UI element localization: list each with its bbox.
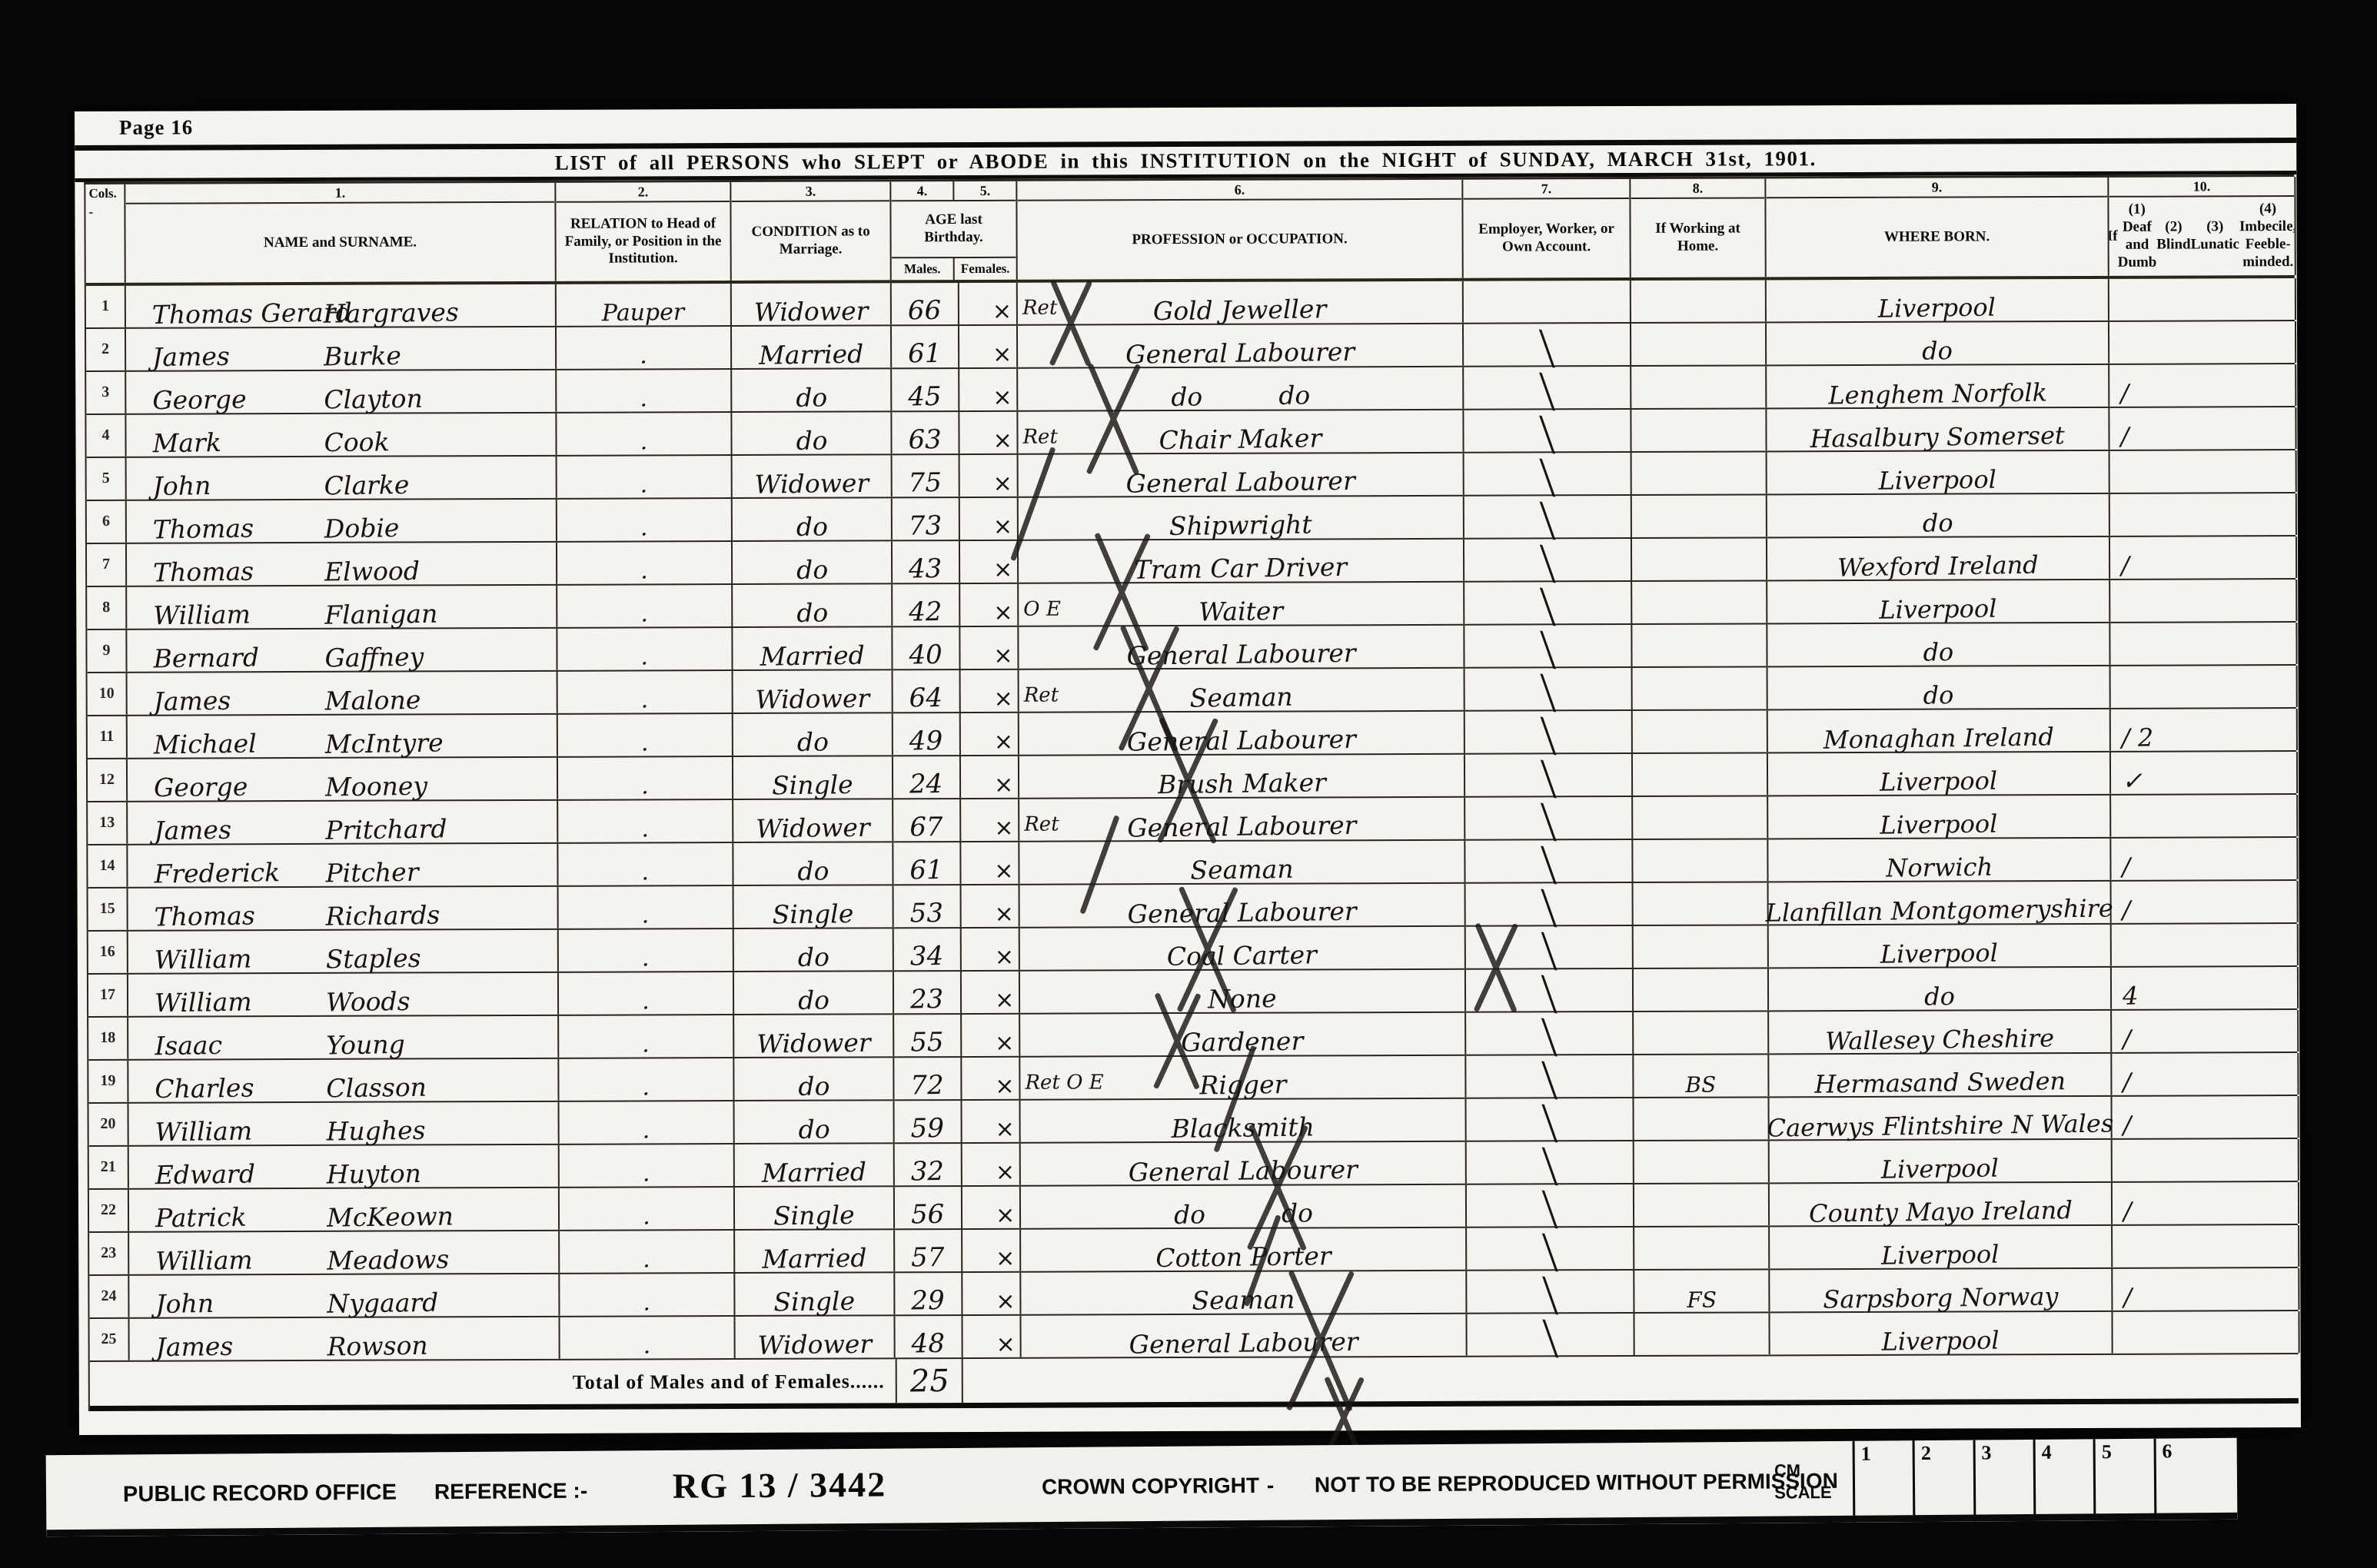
age-males-cell: 59 — [895, 1101, 962, 1142]
employer-cell: ╲ — [1464, 539, 1632, 581]
header-age-males: Males. — [892, 258, 955, 280]
row-number: 18 — [88, 1018, 128, 1059]
age-females-cell: × — [962, 972, 1020, 1013]
age-males-cell: 43 — [893, 541, 960, 583]
cols-label-cell: Cols. - — [85, 184, 125, 283]
working-at-home-cell — [1634, 1141, 1770, 1183]
age-males-cell: 61 — [892, 326, 959, 367]
occupation-cell: Ret Chair Maker — [1018, 410, 1464, 453]
occupation-cell: Seaman — [1021, 1271, 1467, 1314]
row-number: 1 — [86, 286, 126, 327]
where-born-cell: Liverpool — [1767, 451, 2110, 494]
header-working-at-home: 8. If Working at Home. — [1631, 178, 1766, 277]
age-females-cell: × — [962, 1273, 1021, 1314]
working-at-home-cell — [1631, 323, 1767, 365]
employer-cell: ╲ — [1466, 1012, 1634, 1055]
condition-cell: do — [734, 929, 894, 971]
working-at-home-cell — [1631, 280, 1767, 322]
working-at-home-cell — [1634, 968, 1769, 1011]
name-cell: George Mooney — [128, 758, 558, 801]
age-females-cell: × — [960, 584, 1019, 626]
occupation-cell: Gardener — [1020, 1013, 1466, 1056]
condition-cell: do — [734, 1058, 894, 1100]
copyright-label: CROWN COPYRIGHT — [1042, 1473, 1259, 1500]
relation-cell: . — [557, 370, 732, 412]
condition-cell: Married — [732, 326, 892, 368]
condition-cell: Single — [735, 1187, 895, 1229]
where-born-cell: Liverpool — [1770, 1312, 2113, 1355]
infirmity-cell — [2113, 1139, 2299, 1181]
infirmity-cell: / — [2112, 1053, 2299, 1095]
where-born-cell: Sarpsborg Norway — [1770, 1269, 2113, 1312]
table-row: 22 Patrick McKeown . Single 56 × do do ╲… — [89, 1182, 2298, 1233]
condition-cell: Widower — [735, 1316, 895, 1358]
employer-cell: ╲ — [1467, 1271, 1634, 1313]
occupation-cell: do do — [1018, 367, 1464, 410]
age-males-cell: 42 — [893, 584, 960, 626]
infirmity-cell — [2111, 666, 2298, 708]
table-row: 25 James Rowson . Widower 48 × General L… — [89, 1311, 2298, 1362]
infirmity-cell — [2111, 795, 2298, 837]
reference-value: RG 13 / 3442 — [673, 1464, 887, 1507]
employer-cell: ╲ — [1465, 840, 1633, 882]
where-born-cell: Wexford Ireland — [1767, 537, 2110, 580]
where-born-cell: Liverpool — [1770, 1140, 2113, 1183]
working-at-home-cell — [1632, 452, 1767, 494]
table-body: 1 Thomas Gerard Hargraves Pauper Widower… — [86, 278, 2299, 1362]
condition-cell: Single — [733, 756, 893, 799]
age-females-cell: × — [959, 412, 1018, 453]
relation-cell: . — [560, 1274, 735, 1316]
reproduction-notice: NOT TO BE REPRODUCED WITHOUT PERMISSION — [1315, 1469, 1838, 1497]
where-born-cell: Liverpool — [1768, 796, 2111, 839]
header-profession: 6. PROFESSION or OCCUPATION. — [1017, 180, 1463, 280]
where-born-cell: Liverpool — [1770, 1226, 2113, 1269]
infirmity-cell: / — [2113, 1182, 2299, 1224]
where-born-cell: Liverpool — [1767, 279, 2109, 322]
age-females-cell: × — [962, 1144, 1021, 1185]
age-males-cell: 63 — [892, 412, 959, 453]
row-number: 4 — [86, 415, 126, 457]
table-row: 5 John Clarke . Widower 75 × General Lab… — [87, 450, 2296, 501]
cm-scale-ruler: 123456 — [1853, 1438, 2215, 1523]
header-age: 4. 5. AGE last Birthday. Males. Females. — [891, 181, 1017, 281]
header-employer: 7. Employer, Worker, or Own Account. — [1463, 179, 1631, 278]
working-at-home-cell — [1634, 882, 1769, 925]
age-females-cell: × — [960, 455, 1019, 497]
name-cell: Thomas Gerard Hargraves — [126, 284, 557, 327]
header-where-born: 9. WHERE BORN. — [1766, 178, 2109, 277]
age-males-cell: 61 — [893, 842, 961, 884]
infirmity-cell — [2109, 278, 2296, 321]
relation-cell: . — [557, 327, 732, 369]
employer-cell: ╲ — [1467, 1314, 1634, 1356]
total-value-cell: 25 — [896, 1359, 963, 1403]
cm-scale-label: CM SCALE — [1774, 1460, 1832, 1504]
row-number: 21 — [89, 1147, 129, 1188]
total-row: Total of Males and of Females...... 25 — [90, 1354, 2299, 1411]
row-number: 20 — [89, 1104, 129, 1145]
age-females-cell: × — [962, 1316, 1021, 1357]
where-born-cell: do — [1768, 666, 2111, 709]
table-row: 1 Thomas Gerard Hargraves Pauper Widower… — [86, 278, 2295, 329]
occupation-cell: None — [1020, 970, 1466, 1013]
occupation-cell: General Labourer — [1019, 712, 1465, 755]
relation-cell: . — [559, 886, 734, 929]
scanned-census-page: Page 16 LIST of all PERSONS who SLEPT or… — [0, 0, 2377, 1568]
condition-cell: do — [733, 541, 893, 583]
row-number: 10 — [88, 673, 128, 715]
table-row: 19 Charles Classon . do 72 × Ret O E Rig… — [88, 1053, 2297, 1104]
relation-cell: . — [557, 542, 733, 584]
condition-cell: do — [732, 369, 892, 411]
infirmity-cell: / — [2112, 1010, 2299, 1052]
age-males-cell: 72 — [894, 1058, 962, 1099]
where-born-cell: Hermasand Sweden — [1769, 1054, 2112, 1097]
age-males-cell: 45 — [892, 369, 959, 410]
where-born-cell: Caerwys Flintshire N Wales — [1769, 1097, 2112, 1140]
table-row: 15 Thomas Richards . Single 53 × General… — [88, 881, 2297, 932]
row-number: 12 — [88, 759, 128, 801]
name-cell: James Rowson — [129, 1317, 560, 1360]
age-females-cell: × — [962, 1101, 1021, 1142]
working-at-home-cell — [1632, 581, 1767, 623]
occupation-cell: Tram Car Driver — [1019, 540, 1464, 583]
occupation-cell: Cotton Porter — [1021, 1228, 1467, 1271]
age-males-cell: 75 — [893, 455, 960, 497]
relation-cell: . — [559, 929, 734, 972]
name-cell: Thomas Elwood — [127, 543, 557, 586]
working-at-home-cell — [1634, 925, 1769, 968]
condition-cell: Single — [734, 885, 894, 928]
occupation-cell: Ret Gold Jeweller — [1018, 281, 1464, 324]
total-value: 25 — [909, 1365, 949, 1397]
name-cell: Michael McIntyre — [128, 715, 558, 758]
relation-cell: . — [559, 1058, 734, 1101]
occupation-cell: Seaman — [1019, 841, 1465, 884]
relation-cell: . — [558, 800, 733, 842]
condition-cell: Married — [733, 627, 893, 669]
condition-cell: Widower — [734, 1015, 894, 1057]
table-row: 6 Thomas Dobie . do 73 × Shipwright ╲ do — [87, 493, 2296, 544]
infirmity-cell: 4 — [2112, 967, 2299, 1009]
row-number: 6 — [87, 501, 127, 543]
employer-cell: ╲ — [1464, 410, 1631, 452]
employer-cell: ╲ — [1466, 1098, 1634, 1141]
infirmity-cell — [2110, 450, 2297, 493]
relation-cell: . — [560, 1144, 735, 1187]
row-number: 17 — [88, 975, 128, 1016]
infirmity-cell — [2110, 580, 2297, 622]
age-males-cell: 56 — [895, 1187, 962, 1228]
row-number: 15 — [88, 889, 128, 930]
relation-cell: . — [557, 628, 733, 670]
condition-cell: do — [733, 842, 893, 885]
row-number: 2 — [86, 329, 126, 370]
table-row: 24 John Nygaard . Single 29 × Seaman ╲ F… — [89, 1268, 2298, 1319]
name-cell: Thomas Dobie — [127, 500, 557, 543]
working-at-home-cell — [1632, 538, 1767, 580]
name-cell: William Woods — [128, 973, 559, 1016]
age-females-cell: × — [959, 283, 1018, 324]
name-cell: William Flanigan — [127, 586, 557, 629]
occupation-cell: General Labourer — [1019, 453, 1464, 497]
employer-cell: ╲ — [1464, 582, 1632, 624]
relation-cell: Pauper — [557, 284, 732, 326]
age-females-cell: × — [961, 713, 1019, 755]
infirmity-cell — [2110, 623, 2297, 665]
employer-cell: ╲ — [1464, 324, 1631, 366]
employer-cell: ╲ — [1465, 668, 1633, 710]
employer-cell — [1464, 281, 1631, 323]
occupation-cell: General Labourer — [1018, 324, 1464, 367]
employer-cell: ╲ — [1466, 969, 1634, 1012]
name-cell: John Clarke — [127, 457, 557, 500]
where-born-cell: Norwich — [1768, 839, 2111, 882]
row-number: 19 — [88, 1061, 128, 1102]
row-number: 23 — [89, 1233, 129, 1274]
row-number: 8 — [87, 587, 127, 629]
header-infirmity: 10. If(1) Deaf and Dumb(2) Blind(3) Luna… — [2109, 177, 2296, 276]
age-females-cell: × — [959, 369, 1018, 410]
age-males-cell: 40 — [893, 627, 960, 669]
name-cell: William Hughes — [129, 1102, 560, 1145]
infirmity-cell — [2109, 321, 2296, 364]
infirmity-cell: / — [2112, 1096, 2299, 1138]
header-age-females: Females. — [955, 258, 1016, 280]
row-number: 5 — [87, 458, 127, 500]
where-born-cell: do — [1769, 968, 2112, 1011]
condition-cell: do — [735, 1101, 895, 1143]
name-cell: William Staples — [128, 930, 559, 973]
row-number: 7 — [87, 544, 127, 586]
condition-cell: do — [733, 584, 893, 626]
where-born-cell: Monaghan Ireland — [1768, 709, 2111, 752]
working-at-home-cell — [1631, 366, 1767, 408]
age-females-cell: × — [960, 498, 1019, 540]
employer-cell: ╲ — [1465, 797, 1633, 839]
where-born-cell: do — [1767, 623, 2110, 666]
age-males-cell: 32 — [895, 1144, 962, 1185]
table-row: 21 Edward Huyton . Married 32 × General … — [89, 1139, 2298, 1190]
table-row: 4 Mark Cook . do 63 × Ret Chair Maker ╲ … — [86, 407, 2295, 458]
age-females-cell: × — [962, 1058, 1020, 1099]
employer-cell: ╲ — [1467, 1184, 1634, 1227]
employer-cell: ╲ — [1466, 1055, 1634, 1098]
working-at-home-cell — [1633, 796, 1768, 839]
infirmity-cell: / — [2112, 881, 2299, 923]
employer-cell: ╲ — [1467, 1227, 1634, 1270]
age-males-cell: 53 — [894, 885, 962, 927]
table-row: 2 James Burke . Married 61 × General Lab… — [86, 321, 2295, 372]
age-females-cell: × — [960, 627, 1019, 669]
table-row: 7 Thomas Elwood . do 43 × Tram Car Drive… — [87, 537, 2296, 587]
occupation-cell: Ret O E Rigger — [1020, 1056, 1466, 1099]
age-females-cell: × — [961, 756, 1019, 798]
working-at-home-cell: BS — [1634, 1055, 1769, 1097]
row-number: 22 — [89, 1190, 129, 1231]
working-at-home-cell — [1634, 1313, 1770, 1355]
occupation-cell: Blacksmith — [1021, 1099, 1467, 1142]
occupation-cell: General Labourer — [1019, 626, 1464, 669]
name-cell: Edward Huyton — [129, 1145, 560, 1188]
infirmity-cell: / — [2109, 407, 2296, 450]
relation-cell: . — [558, 671, 733, 713]
document-title: LIST of all PERSONS who SLEPT or ABODE i… — [555, 147, 1817, 175]
working-at-home-cell — [1632, 495, 1767, 537]
name-cell: Bernard Gaffney — [127, 629, 557, 672]
age-females-cell: × — [962, 1230, 1021, 1271]
where-born-cell: Lenghem Norfolk — [1767, 365, 2109, 408]
relation-cell: . — [559, 1015, 734, 1058]
name-cell: Mark Cook — [126, 414, 557, 457]
infirmity-cell: ✓ — [2111, 752, 2298, 794]
condition-cell: do — [733, 498, 893, 540]
table-row: 10 James Malone . Widower 64 × Ret Seama… — [88, 666, 2296, 716]
name-cell: Frederick Pitcher — [128, 844, 558, 887]
employer-cell: ╲ — [1464, 453, 1632, 495]
archive-footer-strip: PUBLIC RECORD OFFICE REFERENCE :- RG 13 … — [46, 1438, 2238, 1536]
relation-cell: . — [560, 1231, 735, 1273]
row-number: 25 — [89, 1319, 129, 1360]
infirmity-cell — [2112, 924, 2299, 966]
where-born-cell: Liverpool — [1769, 925, 2112, 968]
age-males-cell: 29 — [895, 1273, 962, 1314]
table-row: 20 William Hughes . do 59 × Blacksmith ╲… — [89, 1096, 2298, 1147]
working-at-home-cell — [1633, 753, 1768, 796]
where-born-cell: County Mayo Ireland — [1770, 1183, 2113, 1226]
table-row: 9 Bernard Gaffney . Married 40 × General… — [87, 623, 2296, 673]
occupation-cell: Ret Seaman — [1019, 669, 1465, 712]
table-row: 17 William Woods . do 23 × None ╲ do — [88, 967, 2297, 1018]
working-at-home-cell — [1632, 624, 1767, 666]
working-at-home-cell — [1633, 710, 1768, 752]
occupation-cell: Ret General Labourer — [1019, 798, 1465, 841]
infirmity-cell: / — [2111, 838, 2298, 880]
total-label: Total of Males and of Females...... — [90, 1359, 896, 1406]
table-row: 23 William Meadows . Married 57 × Cotton… — [89, 1225, 2298, 1276]
relation-cell: . — [557, 585, 733, 627]
infirmity-cell — [2110, 493, 2297, 536]
age-males-cell: 48 — [895, 1316, 962, 1357]
name-cell: Isaac Young — [128, 1016, 559, 1059]
name-cell: James Malone — [128, 672, 558, 715]
row-number: 11 — [88, 716, 128, 758]
where-born-cell: Liverpool — [1767, 580, 2110, 623]
reference-label: REFERENCE :- — [434, 1479, 587, 1505]
employer-cell: ╲ — [1465, 754, 1633, 796]
infirmity-cell: / — [2109, 364, 2296, 407]
condition-cell: do — [734, 972, 894, 1014]
age-females-cell: × — [962, 929, 1020, 970]
working-at-home-cell — [1633, 839, 1768, 882]
infirmity-cell: / — [2113, 1268, 2299, 1311]
archive-office: PUBLIC RECORD OFFICE — [123, 1480, 397, 1508]
table-row: 8 William Flanigan . do 42 × O E Waiter … — [87, 580, 2296, 630]
relation-cell: . — [558, 843, 733, 885]
occupation-cell: General Labourer — [1021, 1314, 1467, 1357]
relation-cell: . — [558, 714, 733, 756]
table-header-row: Cols. - 1. NAME and SURNAME. 2. RELATION… — [85, 177, 2294, 286]
infirmity-cell: / — [2110, 537, 2297, 579]
table-row: 13 James Pritchard . Widower 67 × Ret Ge… — [88, 795, 2296, 845]
infirmity-lines: If(1) Deaf and Dumb(2) Blind(3) Lunatic(… — [2109, 197, 2294, 276]
working-at-home-cell — [1634, 1227, 1770, 1269]
condition-cell: Widower — [733, 455, 893, 497]
table-row: 11 Michael McIntyre . do 49 × General La… — [88, 709, 2296, 759]
where-born-cell: Llanfillan Montgomeryshire — [1769, 882, 2112, 925]
relation-cell: . — [557, 413, 732, 455]
age-males-cell: 34 — [894, 929, 962, 970]
where-born-cell: Liverpool — [1768, 752, 2111, 796]
age-females-cell: × — [961, 670, 1019, 712]
relation-cell: . — [557, 499, 733, 541]
occupation-cell: General Labourer — [1020, 884, 1466, 927]
occupation-cell: Shipwright — [1019, 497, 1464, 540]
census-table: Cols. - 1. NAME and SURNAME. 2. RELATION… — [84, 174, 2299, 1411]
infirmity-cell — [2113, 1225, 2299, 1267]
condition-cell: Widower — [733, 670, 893, 713]
age-males-cell: 24 — [893, 756, 961, 798]
where-born-cell: do — [1767, 322, 2109, 365]
header-condition: 3. CONDITION as to Marriage. — [731, 181, 891, 281]
relation-cell: . — [560, 1317, 735, 1359]
name-cell: Patrick McKeown — [129, 1188, 560, 1231]
where-born-cell: Hasalbury Somerset — [1767, 408, 2109, 451]
condition-cell: Married — [735, 1230, 895, 1272]
occupation-cell: Brush Maker — [1019, 755, 1465, 798]
name-cell: James Pritchard — [128, 801, 558, 844]
occupation-cell: General Labourer — [1021, 1142, 1467, 1185]
infirmity-cell — [2113, 1311, 2299, 1354]
working-at-home-cell — [1634, 1012, 1769, 1054]
table-row: 16 William Staples . do 34 × Coal Carter… — [88, 924, 2297, 975]
condition-cell: do — [732, 412, 892, 454]
condition-cell: Widower — [733, 799, 893, 842]
table-row: 3 George Clayton . do 45 × do do ╲ Lengh… — [86, 364, 2295, 415]
row-number: 13 — [88, 802, 128, 844]
row-number: 3 — [86, 372, 126, 414]
condition-cell: Widower — [732, 283, 892, 325]
table-row: 12 George Mooney . Single 24 × Brush Mak… — [88, 752, 2296, 802]
condition-cell: Married — [735, 1144, 895, 1186]
occupation-cell: Coal Carter — [1020, 927, 1466, 970]
table-row: 18 Isaac Young . Widower 55 × Gardener ╲… — [88, 1010, 2297, 1061]
employer-cell: ╲ — [1464, 625, 1632, 667]
working-at-home-cell — [1634, 1184, 1770, 1226]
table-row: 14 Frederick Pitcher . do 61 × Seaman ╲ … — [88, 838, 2296, 889]
age-females-cell: × — [959, 326, 1018, 367]
name-cell: Charles Classon — [128, 1059, 559, 1102]
condition-cell: Single — [735, 1273, 895, 1315]
working-at-home-cell — [1633, 667, 1768, 709]
working-at-home-cell — [1634, 1098, 1769, 1140]
age-females-cell: × — [961, 842, 1019, 884]
age-females-cell: × — [962, 1187, 1021, 1228]
age-females-cell: × — [962, 885, 1020, 927]
age-males-cell: 49 — [893, 713, 961, 755]
relation-cell: . — [560, 1101, 735, 1144]
name-cell: Thomas Richards — [128, 887, 559, 930]
age-males-cell: 66 — [892, 283, 959, 324]
page-number-label: Page 16 — [119, 116, 193, 140]
header-name: 1. NAME and SURNAME. — [125, 183, 556, 283]
employer-cell: ╲ — [1467, 1141, 1634, 1184]
row-number: 14 — [88, 845, 128, 887]
row-number: 9 — [87, 630, 127, 672]
age-females-cell: × — [960, 541, 1019, 583]
condition-cell: do — [733, 713, 893, 756]
